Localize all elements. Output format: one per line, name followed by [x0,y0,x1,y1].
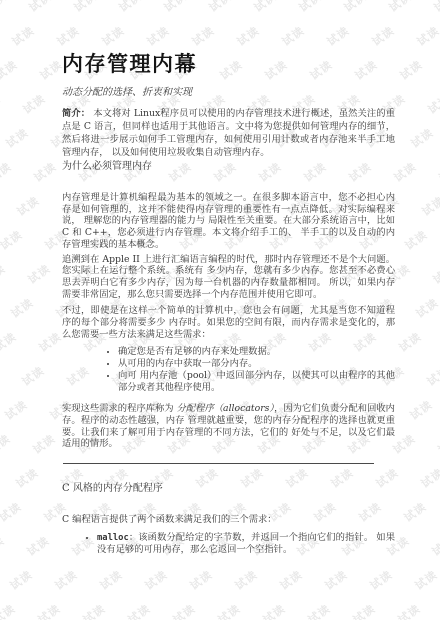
watermark-text: 试读 [232,566,261,593]
memory-requirements-list: 确定您是否有足够的内存来处理数据。 从可用的内存中获取一部分内存。 向可 用内存… [62,346,395,393]
paragraph-apple-ii: 追溯到在 Apple II 上进行汇编语言编程的时代，那时内存管理还不是个大问题… [62,254,395,301]
watermark-text: 试读 [30,430,59,457]
watermark-text: 试读 [424,362,440,389]
watermark-text: 试读 [418,464,440,491]
document-page: { "watermark": { "text": "试读", "color": … [0,0,440,620]
section-heading-why-manage-memory: 为什么必须管理内存 [62,161,395,172]
paragraph-allocators: 实现这些需求的程序库称为 分配程序（allocators），因为它们负责分配和回… [62,403,395,450]
section-divider [63,463,374,464]
text-run: 简介： [62,108,90,119]
text-run: malloc [97,533,129,543]
watermark-text: 试读 [402,226,431,253]
watermark-text: 试读 [0,0,9,16]
watermark-text: 试读 [125,600,154,620]
watermark-text: 试读 [142,566,171,593]
watermark-text: 试读 [277,566,306,593]
watermark-text: 试读 [14,192,43,219]
text-run: 分配程序（allocators） [177,403,275,414]
watermark-text: 试读 [430,260,440,287]
watermark-text: 试读 [429,532,440,559]
watermark-text: 试读 [419,192,440,219]
watermark-text: 试读 [215,600,244,620]
watermark-text: 试读 [436,158,440,185]
watermark-text: 试读 [0,90,3,117]
watermark-text: 试读 [0,498,24,525]
watermark-text: 试读 [35,600,64,620]
paragraph-memory-basics: 内存管理是计算机编程最为基本的领域之一。在很多脚本语言中，您不必担心内存是如何管… [62,192,395,251]
watermark-text: 试读 [2,396,31,423]
list-item-malloc: malloc：该函数分配给定的字节数，并返回一个指向它们的指针。 如果没有足够的… [97,532,395,556]
watermark-text: 试读 [8,294,37,321]
watermark-text: 试读 [52,566,81,593]
list-item: 向可 用内存池（pool）中返回部分内存，以使其可以由程序的其他部分或者其他程序… [118,370,395,393]
watermark-text: 试读 [0,158,14,185]
watermark-text: 试读 [401,498,430,525]
watermark-text: 试读 [170,600,199,620]
watermark-text: 试读 [0,56,20,83]
watermark-text: 试读 [31,158,60,185]
watermark-text: 试读 [435,430,440,457]
list-item: 确定您是否有足够的内存来处理数据。 [118,346,395,358]
watermark-text: 试读 [80,600,109,620]
article: 内存管理内幕 动态分配的选择、折衷和实现 简介： 本文将对 Linux程序员可以… [62,0,395,556]
watermark-text: 试读 [36,328,65,355]
watermark-text: 试读 [0,362,2,389]
text-run: 本文将对 Linux程序员可以使用的内存管理技术进行概述，虽然关注的重点是 C … [62,108,395,158]
watermark-text: 试读 [20,90,49,117]
text-run: 实现这些需求的程序库称为 [62,403,177,414]
watermark-text: 试读 [350,600,379,620]
list-item: 从可用的内存中获取一部分内存。 [118,358,395,370]
watermark-text: 试读 [260,600,289,620]
watermark-text: 试读 [3,124,32,151]
watermark-text: 试读 [19,362,48,389]
watermark-text: 试读 [0,328,19,355]
watermark-text: 试读 [397,56,426,83]
watermark-text: 试读 [26,0,55,16]
watermark-text: 试读 [322,566,351,593]
watermark-text: 试读 [425,90,440,117]
watermark-text: 试读 [0,226,25,253]
watermark-text: 试读 [414,22,440,49]
watermark-text: 试读 [305,600,334,620]
watermark-text: 试读 [13,464,42,491]
paragraph-c-functions: C 编程语言提供了两个函数来满足我们的三个需求： [62,514,395,526]
watermark-text: 试读 [0,532,7,559]
watermark-text: 试读 [187,566,216,593]
article-subtitle: 动态分配的选择、折衷和实现 [62,87,395,98]
article-title: 内存管理内幕 [62,53,395,75]
intro-paragraph: 简介： 本文将对 Linux程序员可以使用的内存管理技术进行概述，虽然关注的重点… [62,107,395,159]
section-heading-c-style-allocators: C 风格的内存分配程序 [62,483,395,494]
watermark-text: 试读 [431,0,440,16]
watermark-text: 试读 [97,566,126,593]
watermark-text: 试读 [412,566,440,593]
watermark-text: 试读 [0,600,18,620]
watermark-text: 试读 [0,430,13,457]
watermark-text: 试读 [25,260,54,287]
watermark-text: 试读 [7,566,36,593]
text-run: ：该函数分配给定的字节数，并返回一个指向它们的指针。 如果没有足够的可用内存，那… [97,532,395,556]
watermark-text: 试读 [396,328,425,355]
watermark-text: 试读 [367,566,396,593]
c-functions-list: malloc：该函数分配给定的字节数，并返回一个指向它们的指针。 如果没有足够的… [62,532,395,556]
watermark-text: 试读 [9,22,38,49]
watermark-text: 试读 [24,532,53,559]
watermark-text: 试读 [395,600,424,620]
watermark-text: 试读 [413,294,440,321]
watermark-text: 试读 [0,260,8,287]
watermark-text: 试读 [407,396,436,423]
paragraph-simple-computer: 不过，即使是在这样一个简单的计算机中，您也会有问题，尤其是当您不知道程序的每个部… [62,305,395,340]
watermark-text: 试读 [408,124,437,151]
